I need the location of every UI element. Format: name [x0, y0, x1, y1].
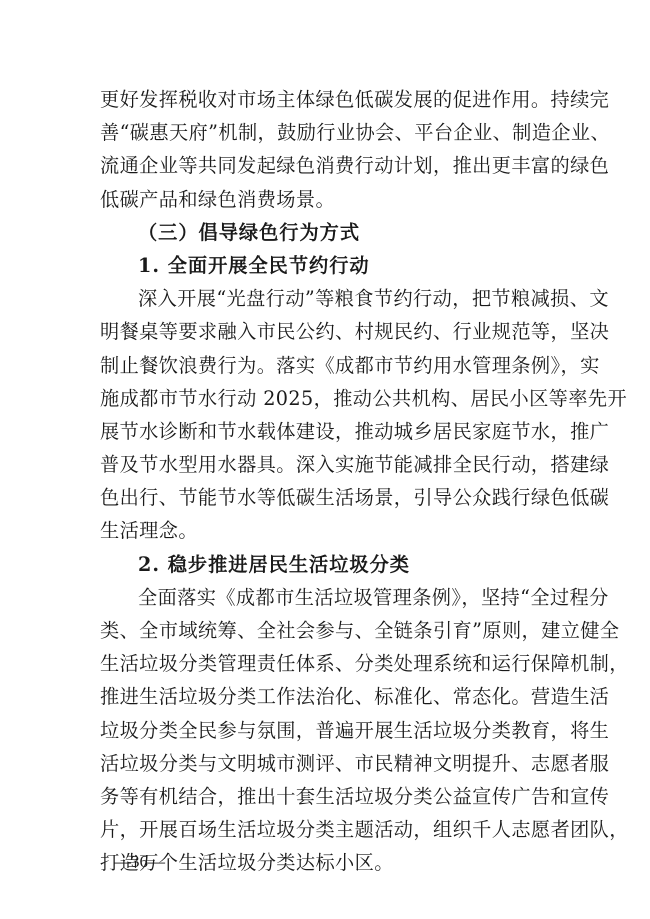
body-line: 低碳产品和绿色消费场景。 [100, 183, 556, 216]
body-line: 活垃圾分类与文明城市测评、市民精神文明提升、志愿者服 [100, 747, 556, 780]
page-body: 更好发挥税收对市场主体绿色低碳发展的促进作用。持续完 善“碳惠天府”机制，鼓励行… [100, 83, 556, 880]
body-line: 施成都市节水行动 2025，推动公共机构、居民小区等率先开 [100, 382, 556, 415]
body-line: 普及节水型用水器具。深入实施节能减排全民行动，搭建绿 [100, 448, 556, 481]
body-line: 展节水诊断和节水载体建设，推动城乡居民家庭节水，推广 [100, 415, 556, 448]
body-line: 制止餐饮浪费行为。落实《成都市节约用水管理条例》，实 [100, 349, 556, 382]
body-line: 生活理念。 [100, 514, 556, 547]
paragraph-first-line: 全面落实《成都市生活垃圾管理条例》，坚持“全过程分 [100, 581, 556, 614]
body-line: 片，开展百场生活垃圾分类主题活动，组织千人志愿者团队， [100, 813, 556, 846]
body-line: 打造万个生活垃圾分类达标小区。 [100, 846, 556, 879]
body-line: 务等有机结合，推出十套生活垃圾分类公益宣传广告和宣传 [100, 780, 556, 813]
paragraph-first-line: 深入开展“光盘行动”等粮食节约行动，把节粮减损、文 [100, 282, 556, 315]
body-line: 更好发挥税收对市场主体绿色低碳发展的促进作用。持续完 [100, 83, 556, 116]
subsection-heading: 2. 稳步推进居民生活垃圾分类 [100, 548, 556, 581]
body-line: 生活垃圾分类管理责任体系、分类处理系统和运行保障机制， [100, 647, 556, 680]
body-line: 色出行、节能节水等低碳生活场景，引导公众践行绿色低碳 [100, 481, 556, 514]
body-line: 推进生活垃圾分类工作法治化、标准化、常态化。营造生活 [100, 680, 556, 713]
body-line: 垃圾分类全民参与氛围，普遍开展生活垃圾分类教育，将生 [100, 714, 556, 747]
body-line: 明餐桌等要求融入市民公约、村规民约、行业规范等，坚决 [100, 315, 556, 348]
page-number: —36— [114, 852, 165, 872]
body-line: 善“碳惠天府”机制，鼓励行业协会、平台企业、制造企业、 [100, 116, 556, 149]
document-page: 更好发挥税收对市场主体绿色低碳发展的促进作用。持续完 善“碳惠天府”机制，鼓励行… [0, 0, 650, 919]
subsection-heading: 1. 全面开展全民节约行动 [100, 249, 556, 282]
body-line: 流通企业等共同发起绿色消费行动计划，推出更丰富的绿色 [100, 149, 556, 182]
body-line: 类、全市域统筹、全社会参与、全链条引育”原则，建立健全 [100, 614, 556, 647]
section-heading: （三）倡导绿色行为方式 [100, 216, 556, 249]
